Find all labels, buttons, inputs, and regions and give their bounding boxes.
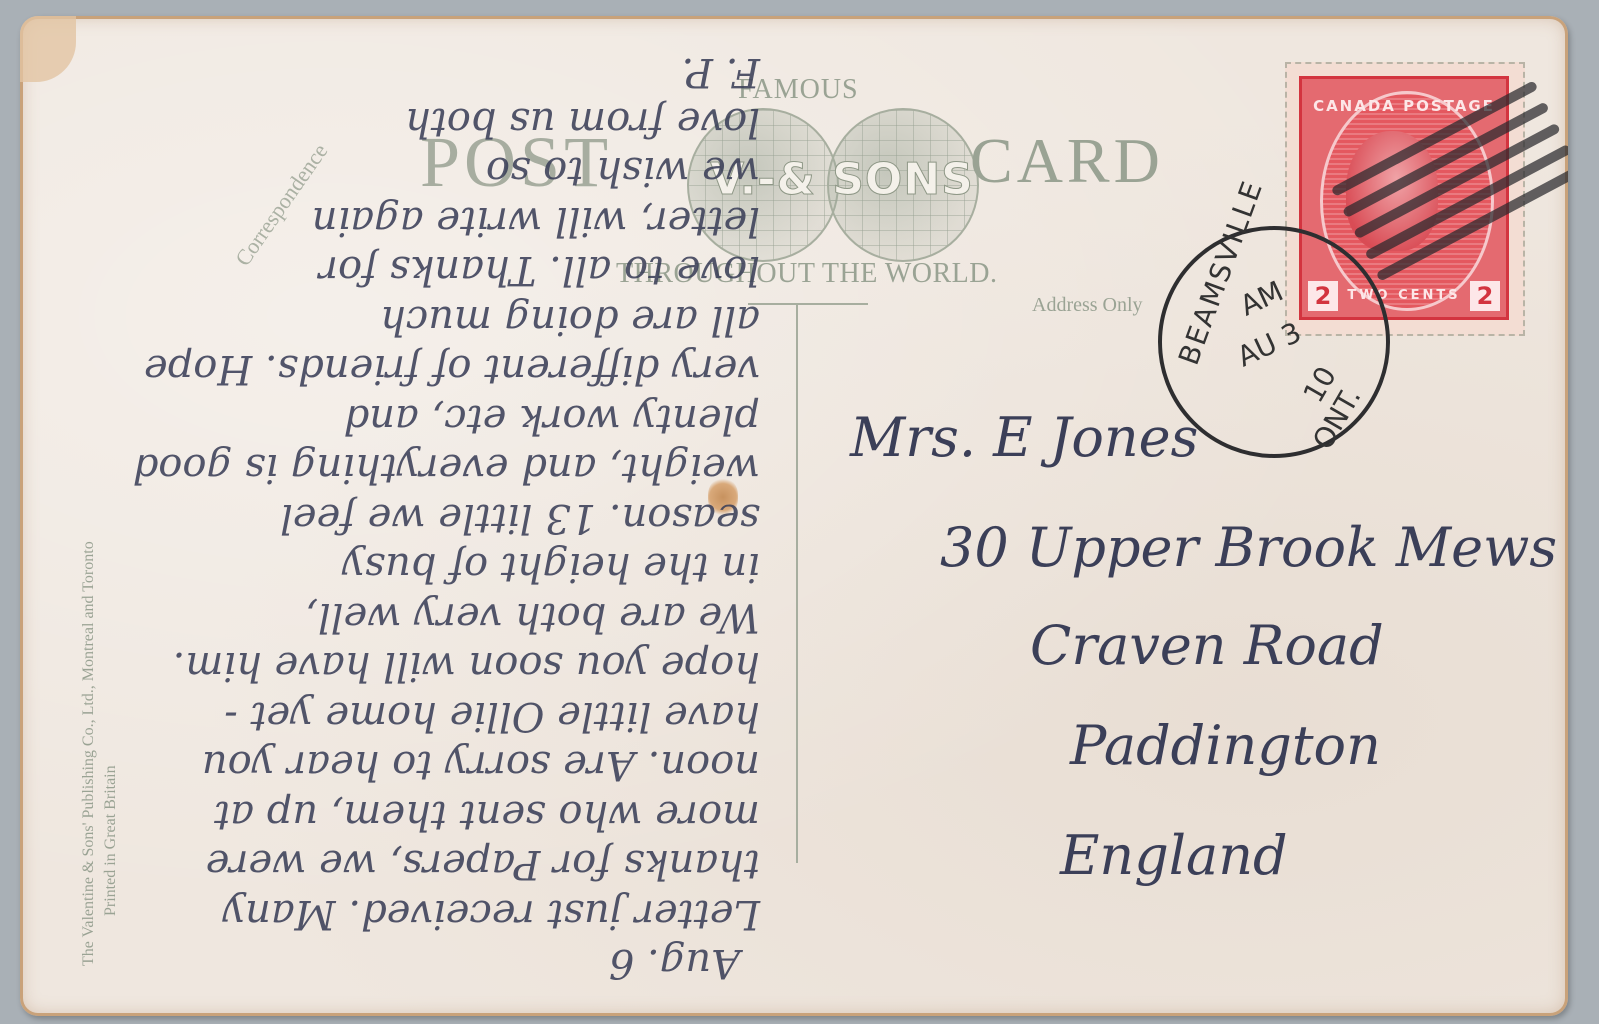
message-line: plenty work etc, and: [344, 396, 760, 442]
message-line: love to all. Thanks for: [319, 247, 760, 293]
divider-vertical: [796, 303, 798, 863]
postcard-back: FAMOUS POST V.-& SONS CARD THROUGHOUT TH…: [20, 16, 1568, 1016]
message-line: season. 13 little we feel: [280, 495, 760, 541]
address-line: 30 Upper Brook Mews: [940, 516, 1557, 579]
address-label: Address Only: [1032, 294, 1143, 317]
divider-horizontal: [748, 303, 868, 305]
message-line: noon. Are sorry to hear you: [202, 742, 760, 788]
message-line: all are doing much: [380, 297, 760, 343]
address-line: England: [1060, 824, 1288, 887]
address-line: Paddington: [1070, 714, 1381, 777]
stamp-value-right: 2: [1470, 281, 1500, 311]
message-line: hope you soon will have him.: [173, 643, 760, 689]
address-line: Mrs. E Jones: [850, 406, 1198, 469]
message-line: we wish to so: [486, 148, 760, 194]
message-line: thanks for Papers, we were: [206, 841, 760, 887]
message-line: Letter just received. Many: [223, 891, 761, 937]
message-line: love from us both: [405, 99, 760, 145]
message-line: letter, will write again: [312, 198, 760, 244]
handwritten-message: Aug. 6Letter just received. Manythanks f…: [60, 46, 760, 986]
address-line: Craven Road: [1030, 614, 1384, 677]
message-line: very different of friends. Hope: [144, 346, 760, 392]
message-line: have little Ollie home yet -: [224, 693, 760, 739]
message-line: in the height of busy: [342, 544, 760, 590]
message-line: Aug. 6: [609, 940, 740, 986]
message-line: We are both very well,: [305, 594, 760, 640]
message-line: F. P.: [682, 49, 760, 95]
postmark-date: AU 3: [1232, 316, 1306, 374]
header-card: CARD: [970, 124, 1164, 198]
message-line: more who sent them, up at: [214, 792, 760, 838]
message-line: weight, and everything is good: [133, 445, 760, 491]
postmark-time: AM: [1235, 274, 1288, 322]
